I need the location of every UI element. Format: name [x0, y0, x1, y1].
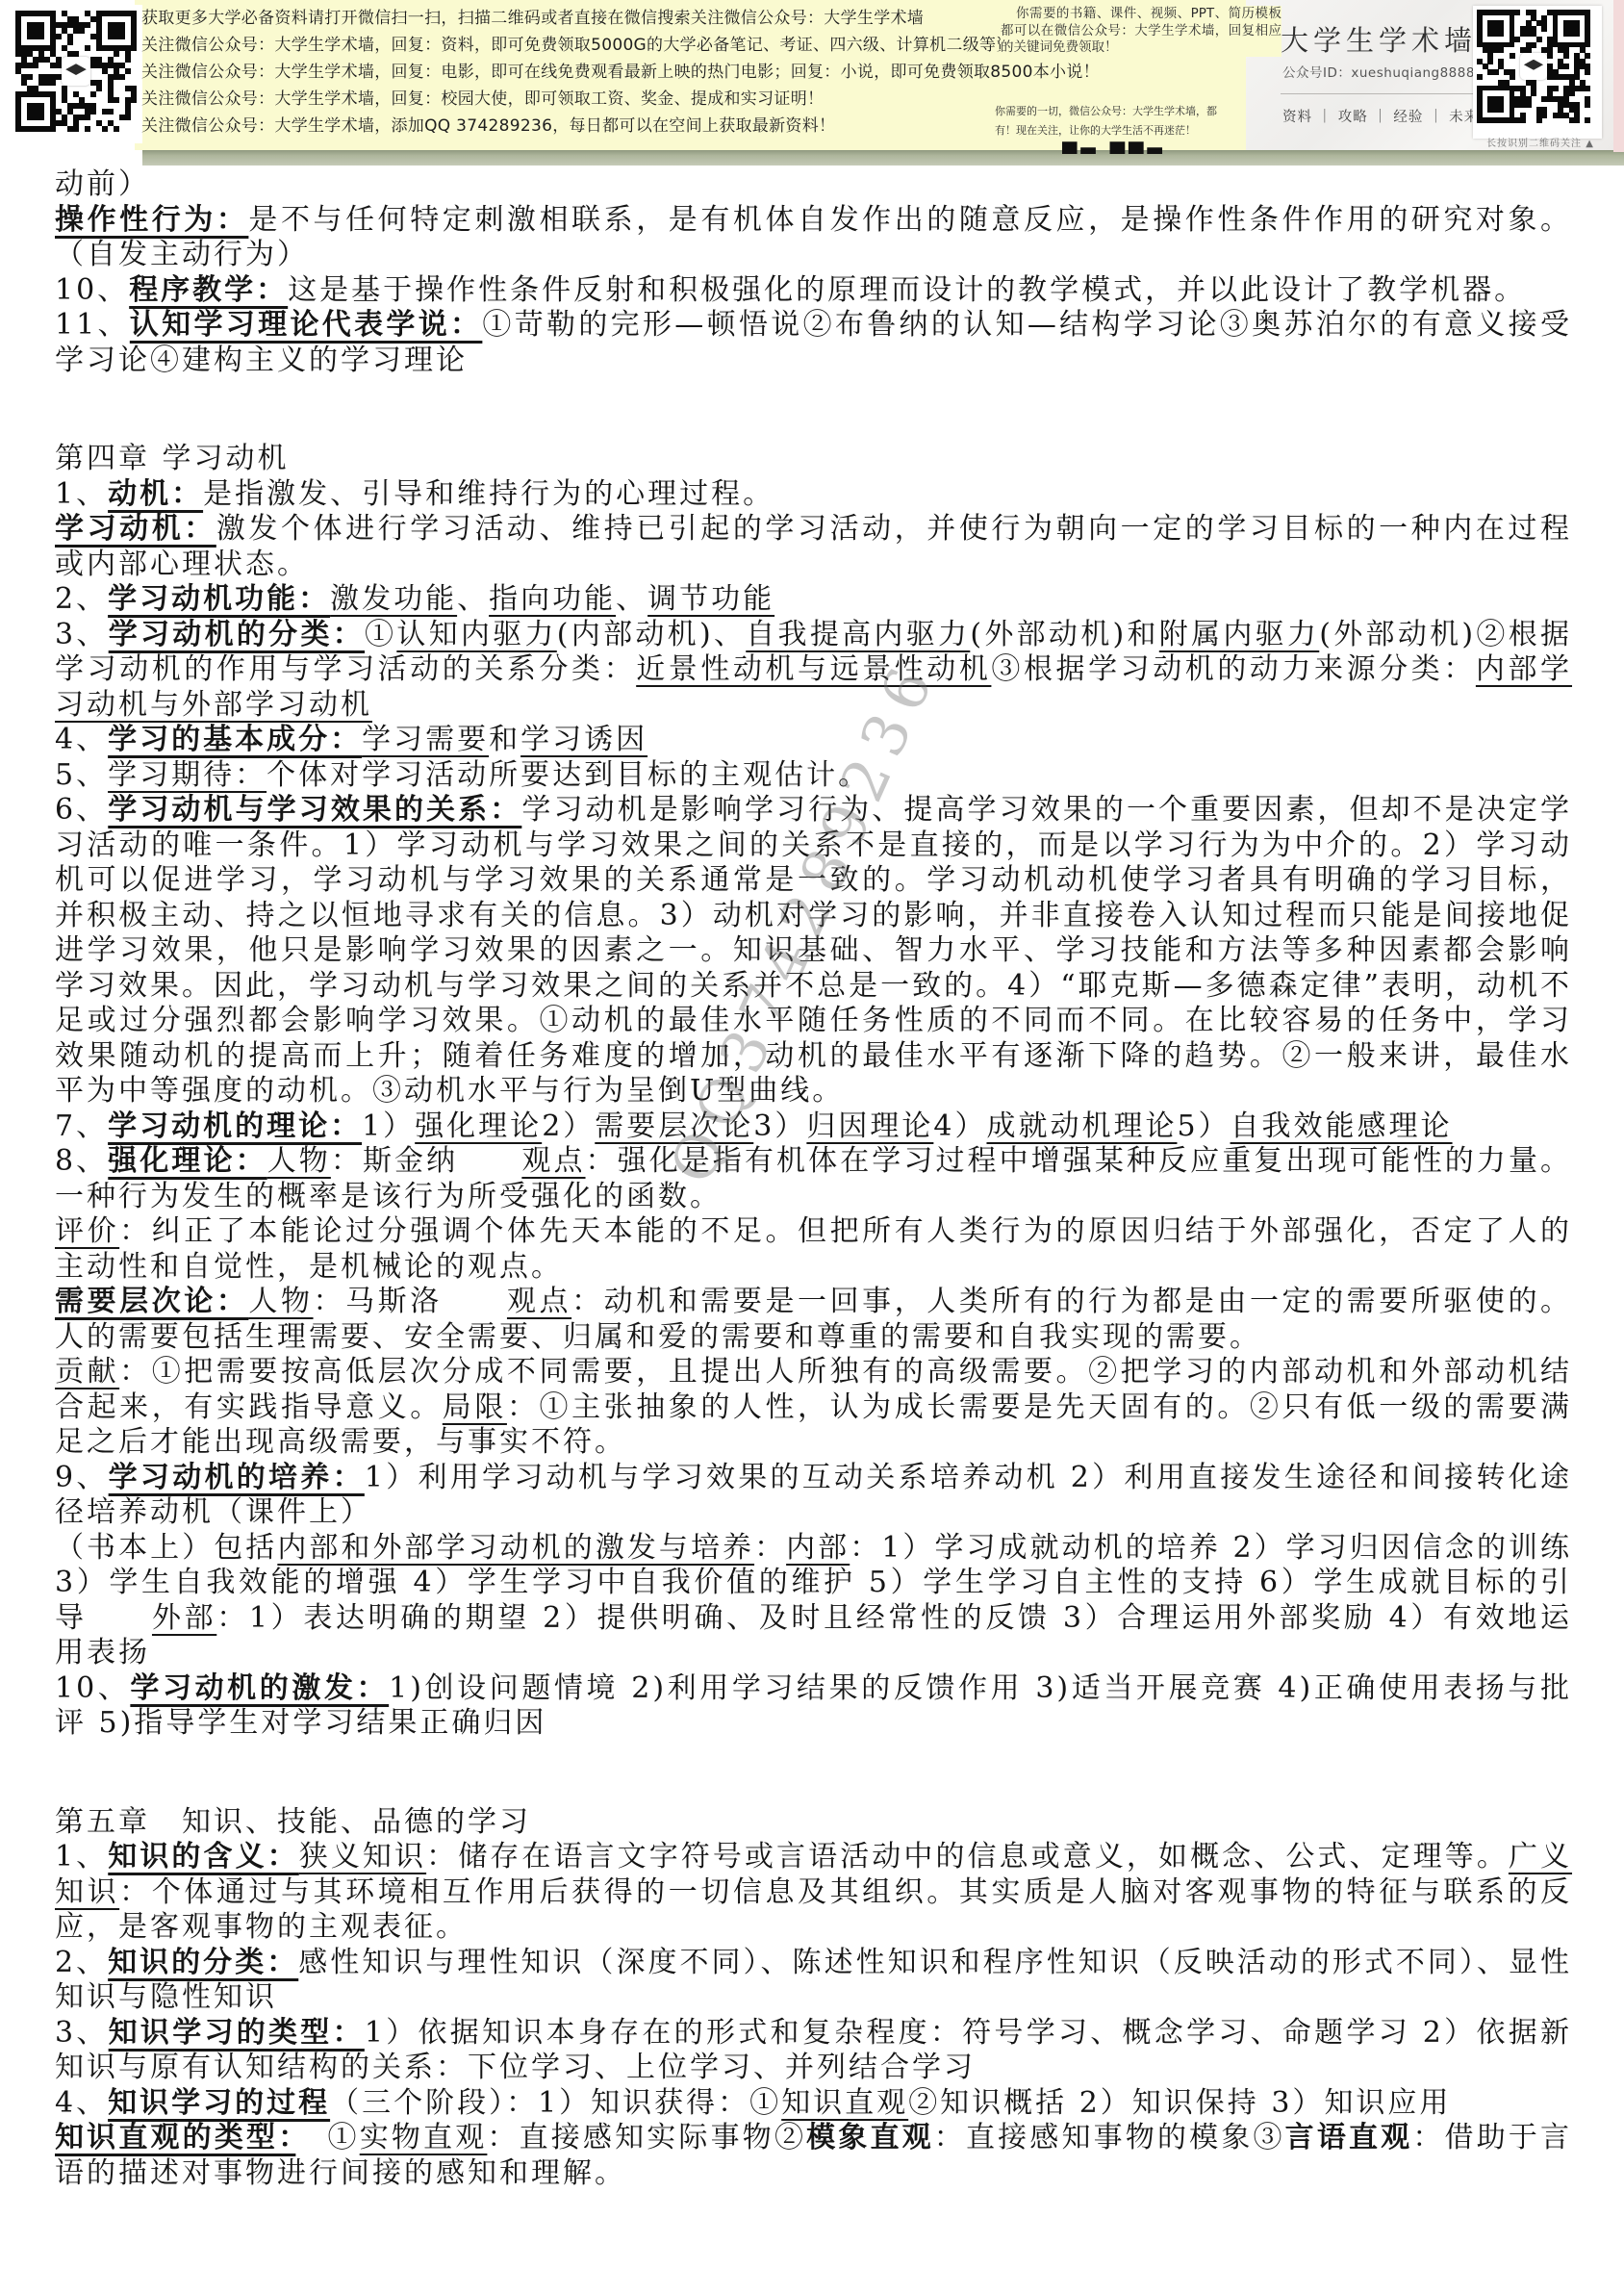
doc-run-u: 成就动机理论	[986, 1109, 1177, 1143]
qr-code-right	[1473, 6, 1602, 139]
doc-run: 4）	[933, 1109, 986, 1143]
doc-run: 8、	[55, 1144, 108, 1178]
doc-run: 2、	[55, 582, 108, 616]
qr-module	[1510, 53, 1515, 59]
card-title: 大学生学术墙	[1281, 19, 1477, 59]
doc-run-bu: 学习动机的激发：	[130, 1671, 389, 1705]
doc-run: 9、	[55, 1461, 109, 1494]
doc-run-u: 人物	[267, 1144, 331, 1178]
doc-run-u: 内部	[786, 1531, 850, 1565]
doc-run-bu: 学习动机的分类：	[109, 618, 365, 651]
doc-paragraph: 1、动机：是指激发、引导和维持行为的心理过程。	[55, 477, 1572, 513]
qr-module	[125, 57, 131, 63]
qr-module	[79, 28, 85, 34]
qr-module	[85, 115, 90, 120]
doc-run-bu: 知识学习的过程	[108, 2086, 330, 2120]
qr-module	[1585, 117, 1590, 123]
qr-module	[1569, 90, 1575, 96]
doc-run: 是指激发、引导和维持行为的心理过程。	[203, 477, 774, 511]
doc-run-u: 学习诱因	[520, 723, 647, 756]
qr-module	[108, 109, 114, 115]
doc-paragraph: 2、学习动机功能：激发功能、指向功能、调节功能	[55, 582, 1572, 618]
doc-run: 和	[489, 723, 520, 756]
doc-run: 1、	[55, 477, 108, 511]
doc-run: 、	[457, 582, 489, 616]
banner-line-3: 关注微信公众号：大学生学术墙，回复：电影，即可在线免费观看最新上映的热门电影；回…	[141, 63, 1100, 83]
doc-run: ：纠正了本能论过分强调个体先天本能的不足。但把所有人类行为的原因归结于外部强化，…	[55, 1214, 1572, 1284]
doc-run: ：储存在语言文字符号或言语活动中的信息或意义，如概念、公式、定理等。	[426, 1840, 1509, 1873]
doc-run: 10、	[55, 273, 129, 307]
doc-paragraph: 1、知识的含义：狭义知识：储存在语言文字符号或言语活动中的信息或意义，如概念、公…	[55, 1840, 1572, 1946]
qr-module	[1487, 96, 1504, 113]
doc-run: (内部动机)、	[557, 618, 746, 651]
qr-module	[85, 126, 90, 132]
doc-run-u: 内部和外部学习动机的激发与培养	[277, 1531, 754, 1565]
qr-module	[1585, 86, 1590, 91]
qr-module	[1477, 74, 1483, 80]
banner-line-4: 关注微信公众号：大学生学术墙，回复：校园大使，即可领取工资、奖金、提成和实习证明…	[141, 89, 824, 110]
doc-run-bu: 学习动机与学习效果的关系：	[108, 793, 521, 827]
doc-run-u: 贡献	[55, 1355, 119, 1389]
doc-paragraph: 学习动机：激发个体进行学习活动、维持已引起的学习活动，并使行为朝向一定的学习目标…	[55, 512, 1572, 582]
qr-module	[1520, 117, 1526, 123]
qr-caption: 长按识别二维码关注 ▲	[1473, 135, 1608, 149]
qr-module	[119, 74, 125, 80]
doc-run: 7、	[55, 1109, 108, 1143]
doc-run-bu: 强化理论：	[108, 1144, 266, 1178]
doc-run-bu: 学习动机的理论：	[108, 1109, 362, 1143]
qr-module	[1547, 53, 1553, 59]
doc-run: 第四章 学习动机	[55, 442, 290, 475]
qr-module	[1563, 53, 1569, 59]
qr-module	[1541, 113, 1547, 118]
qr-module	[1531, 42, 1536, 48]
qr-module	[1563, 20, 1580, 37]
doc-paragraph: 需要层次论：人物：马斯洛 观点：动机和需要是一回事，人类所有的行为都是由一定的需…	[55, 1285, 1572, 1355]
torn-text-fragment: █▆ ██▆	[1062, 141, 1166, 154]
doc-run: ：斯金纳	[331, 1144, 522, 1178]
qr-module	[27, 74, 33, 80]
doc-run-u: 强化理论	[415, 1109, 542, 1143]
qr-module	[131, 97, 137, 103]
doc-run: ：	[754, 1531, 786, 1565]
doc-run-u: 附属内驱力	[1159, 618, 1319, 651]
doc-paragraph: 第四章 学习动机	[55, 442, 1572, 477]
doc-run-u: 评价	[55, 1214, 119, 1248]
doc-paragraph: 4、知识学习的过程（三个阶段）：1）知识获得：①知识直观②知识概括 2）知识保持…	[55, 2086, 1572, 2122]
doc-run: （三个阶段）：1）知识获得：①	[330, 2086, 781, 2120]
doc-paragraph: 7、学习动机的理论：1）强化理论2）需要层次论3）归因理论4）成就动机理论5）自…	[55, 1109, 1572, 1145]
doc-run-bu: 认知学习理论代表学说：	[130, 308, 483, 342]
doc-run: 3）	[753, 1109, 806, 1143]
doc-paragraph: 4、学习的基本成分：学习需要和学习诱因	[55, 723, 1572, 758]
qr-module	[90, 109, 96, 115]
qr-module	[1541, 26, 1547, 32]
qr-module	[1585, 102, 1590, 108]
qr-module	[1510, 74, 1515, 80]
doc-run-bu: 学习动机：	[55, 512, 216, 546]
doc-run-bu: 学习动机的培养：	[109, 1461, 365, 1494]
doc-run: 10、	[55, 1671, 130, 1705]
qr-module	[67, 39, 73, 45]
doc-run: ①	[295, 2121, 359, 2154]
card-divider	[1281, 93, 1477, 94]
doc-run-u: 自我效能感理论	[1231, 1109, 1453, 1143]
banner-note-bottom: 你需要的一切，微信公众号：大学生学术墙，都有！现在关注，让你的大学生活不再迷茫！	[995, 102, 1237, 140]
card-tags: 资料 ｜ 攻略 ｜ 经验 ｜ 未来	[1282, 106, 1479, 126]
doc-run-u: 学习期待：	[108, 758, 266, 792]
doc-run-u: 观点	[507, 1285, 571, 1318]
doc-run-bu: 知识的分类：	[108, 1946, 298, 1979]
doc-run-u: 调节功能	[647, 582, 774, 616]
qr-module	[1514, 37, 1520, 42]
qr-module	[85, 45, 90, 51]
doc-paragraph: 知识直观的类型： ①实物直观：直接感知实际事物②模象直观：直接感知事物的模象③言…	[55, 2121, 1572, 2191]
qr-module	[1487, 20, 1504, 37]
qr-module	[102, 126, 108, 132]
doc-run: ②知识概括 2）知识保持 3）知识应用	[908, 2086, 1451, 2120]
banner-line-1: 获取更多大学必备资料请打开微信扫一扫，扫描二维码或者直接在微信搜索关注微信公众号…	[141, 9, 924, 29]
doc-run: 5、	[55, 758, 108, 792]
doc-run: 4、	[55, 2086, 108, 2120]
doc-run: 6、	[55, 793, 108, 827]
doc-paragraph: 8、强化理论：人物：斯金纳 观点：强化是指有机体在学习过程中增强某种反应重复出现…	[55, 1144, 1572, 1214]
doc-run: 是不与任何特定刺激相联系，是有机体自发作出的随意反应，是操作性条件作用的研究对象…	[55, 203, 1572, 272]
qr-module	[56, 34, 62, 39]
qr-code-right-pattern	[1477, 10, 1590, 123]
doc-run-bu: 学习动机功能：	[108, 582, 330, 616]
doc-run-bu: 动机：	[108, 477, 203, 511]
doc-run-u: 认知内驱力	[396, 618, 556, 651]
doc-paragraph: 贡献：①把需要按高低层次分成不同需要，且提出人所独有的高级需要。②把学习的内部动…	[55, 1355, 1572, 1461]
qr-module	[125, 115, 131, 120]
doc-run: 1、	[55, 1840, 108, 1873]
doc-run: ：直接感知事物的模象③	[934, 2121, 1285, 2154]
doc-run: 3、	[55, 2016, 109, 2050]
doc-run: 激发个体进行学习活动、维持已引起的学习活动，并使行为朝向一定的学习目标的一种内在…	[55, 512, 1572, 581]
doc-run-u: 观点	[521, 1144, 585, 1178]
doc-paragraph: （书本上）包括内部和外部学习动机的激发与培养：内部：1）学习成就动机的培养 2）…	[55, 1531, 1572, 1671]
qr-module	[96, 86, 102, 91]
qr-module	[1487, 59, 1493, 64]
doc-run: ：直接感知实际事物②	[487, 2121, 806, 2154]
doc-run-bu: 操作性行为：	[55, 203, 248, 237]
doc-paragraph: 10、程序教学：这是基于操作性条件反射和积极强化的原理而设计的教学模式，并以此设…	[55, 273, 1572, 309]
doc-run-u: 实物直观	[360, 2121, 488, 2154]
doc-run: 、	[616, 582, 647, 616]
doc-run-b: 模象直观	[806, 2121, 934, 2154]
doc-run-u: 知识直观	[781, 2086, 908, 2120]
card-account-id: 公众号ID：xueshuqiang8888	[1282, 62, 1475, 81]
doc-run: 学习动机是影响学习行为、提高学习效果的一个重要因素，但却不是决定学习活动的唯一条…	[55, 793, 1572, 1108]
doc-run: 2、	[55, 1946, 108, 1979]
doc-run: ：个体通过与其环境相互作用后获得的一切信息及其组织。其实质是人脑对客观事物的特征…	[55, 1875, 1572, 1945]
qr-module	[114, 51, 119, 57]
doc-paragraph: 动前）	[55, 167, 1572, 203]
qr-module	[1574, 117, 1580, 123]
doc-run: 这是基于操作性条件反射和积极强化的原理而设计的教学模式，并以此设计了教学机器。	[288, 273, 1526, 307]
doc-paragraph: 2、知识的分类：感性知识与理性知识（深度不同）、陈述性知识和程序性知识（反映活动…	[55, 1946, 1572, 2016]
doc-paragraph: 3、知识学习的类型：1）依据知识本身存在的形式和复杂程度：符号学习、概念学习、命…	[55, 2016, 1572, 2086]
doc-run: (外部动机)和	[970, 618, 1158, 651]
doc-paragraph: 3、学习动机的分类：①认知内驱力(内部动机)、自我提高内驱力(外部动机)和附属内…	[55, 618, 1572, 724]
qr-module	[114, 97, 119, 103]
doc-run-u: 局限	[443, 1390, 507, 1424]
doc-run: 5）	[1177, 1109, 1230, 1143]
doc-run-bu: 学习的基本成分：	[108, 723, 362, 756]
doc-paragraph: 操作性行为：是不与任何特定刺激相联系，是有机体自发作出的随意反应，是操作性条件作…	[55, 203, 1572, 273]
qr-module	[1553, 86, 1559, 91]
doc-run: ①	[365, 618, 396, 651]
paragraph-gap	[55, 378, 1572, 442]
doc-run: 2）	[542, 1109, 595, 1143]
doc-run-u: 狭义知识	[299, 1840, 426, 1873]
doc-run-bu: 知识的含义：	[108, 1840, 299, 1873]
qr-module	[33, 63, 38, 68]
doc-run: ：1）表达明确的期望 2）提供明确、及时且经常性的反馈 3）合理运用外部奖励 4…	[55, 1601, 1572, 1670]
qr-code-left-pattern	[15, 11, 137, 132]
qr-module	[1563, 64, 1569, 69]
doc-run-bu: 知识学习的类型：	[109, 2016, 365, 2050]
wechat-account-card: 大学生学术墙 公众号ID：xueshuqiang8888 资料 ｜ 攻略 ｜ 经…	[1246, 0, 1613, 150]
doc-run: ：马斯洛	[314, 1285, 507, 1318]
qr-module	[50, 80, 56, 86]
qr-module	[1514, 10, 1520, 15]
doc-paragraph: 5、学习期待：个体对学习活动所要达到目标的主观估计。	[55, 758, 1572, 794]
paragraph-gap	[55, 1742, 1572, 1805]
qr-module	[114, 126, 119, 132]
doc-paragraph: 第五章 知识、技能、品德的学习	[55, 1805, 1572, 1841]
doc-run-u: 外部	[152, 1601, 216, 1635]
qr-module	[125, 68, 131, 74]
qr-module	[1536, 117, 1542, 123]
doc-paragraph: 11、认知学习理论代表学说：①苛勒的完形—顿悟说②布鲁纳的认知—结构学习论③奥苏…	[55, 308, 1572, 378]
doc-run: 动前）	[55, 167, 150, 201]
doc-run-u: 激发功能	[330, 582, 457, 616]
doc-run-bu: 程序教学：	[129, 273, 288, 307]
doc-paragraph: 评价：纠正了本能论过分强调个体先天本能的不足。但把所有人类行为的原因归结于外部强…	[55, 1214, 1572, 1285]
qr-module	[108, 22, 125, 39]
doc-run-u: 归因理论	[806, 1109, 933, 1143]
doc-paragraph: 9、学习动机的培养：1）利用学习动机与学习效果的互动关系培养动机 2）利用直接发…	[55, 1461, 1572, 1531]
qr-module	[85, 22, 90, 28]
doc-run: ③根据学习动机的动力来源分类：	[991, 652, 1475, 686]
doc-run: 3、	[55, 618, 109, 651]
doc-body: 动前）操作性行为：是不与任何特定刺激相联系，是有机体自发作出的随意反应，是操作性…	[55, 167, 1572, 2191]
qr-code-left	[10, 5, 142, 143]
qr-module	[1531, 90, 1536, 96]
qr-module	[90, 91, 96, 97]
banner-note-top: 你需要的书籍、课件、视频、PPT、简历模板都可以在微信公众号：大学生学术墙，回复…	[1001, 6, 1281, 57]
qr-module	[1493, 69, 1499, 75]
promo-banner: 获取更多大学必备资料请打开微信扫一扫，扫描二维码或者直接在微信搜索关注微信公众号…	[0, 0, 1624, 150]
scan-edge-strip	[142, 150, 1624, 166]
qr-module	[1526, 102, 1532, 108]
doc-run-u: 近景性动机与远景性动机	[636, 652, 991, 686]
doc-run-bu: 知识直观的类型：	[55, 2121, 295, 2154]
doc-run-bu: 需要层次论：	[55, 1285, 248, 1318]
doc-run-u: 自我提高内驱力	[746, 618, 970, 651]
doc-run: 1）	[362, 1109, 415, 1143]
doc-paragraph: 6、学习动机与学习效果的关系：学习动机是影响学习行为、提高学习效果的一个重要因素…	[55, 793, 1572, 1109]
doc-paragraph: 10、学习动机的激发：1)创设问题情境 2)利用学习结果的反馈作用 3)适当开展…	[55, 1671, 1572, 1742]
doc-run-u: 需要层次论	[595, 1109, 753, 1143]
banner-line-2: 关注微信公众号：大学生学术墙，回复：资料，即可免费领取5000G的大学必备笔记、…	[141, 36, 1046, 56]
qr-module	[1498, 47, 1504, 53]
qr-module	[27, 22, 44, 39]
qr-module	[1585, 69, 1590, 75]
pink-edge-strip	[1613, 0, 1624, 152]
doc-run-u: 人物	[248, 1285, 313, 1318]
qr-module	[27, 103, 44, 120]
doc-run: 个体对学习活动所要达到目标的主观估计。	[266, 758, 870, 792]
doc-run: 11、	[55, 308, 130, 342]
doc-run: 4、	[55, 723, 108, 756]
doc-run: （书本上）包括	[55, 1531, 277, 1565]
doc-run-u: 指向功能	[489, 582, 616, 616]
banner-line-5: 关注微信公众号：大学生学术墙，添加QQ 374289236，每日都可以在空间上获…	[141, 116, 835, 137]
doc-run-b: 言语直观	[1285, 2121, 1413, 2154]
doc-run: 第五章 知识、技能、品德的学习	[55, 1805, 531, 1839]
qr-module	[73, 126, 79, 132]
qr-module	[1585, 53, 1590, 59]
qr-module	[1536, 37, 1542, 42]
doc-run-u: 学习需要	[362, 723, 489, 756]
